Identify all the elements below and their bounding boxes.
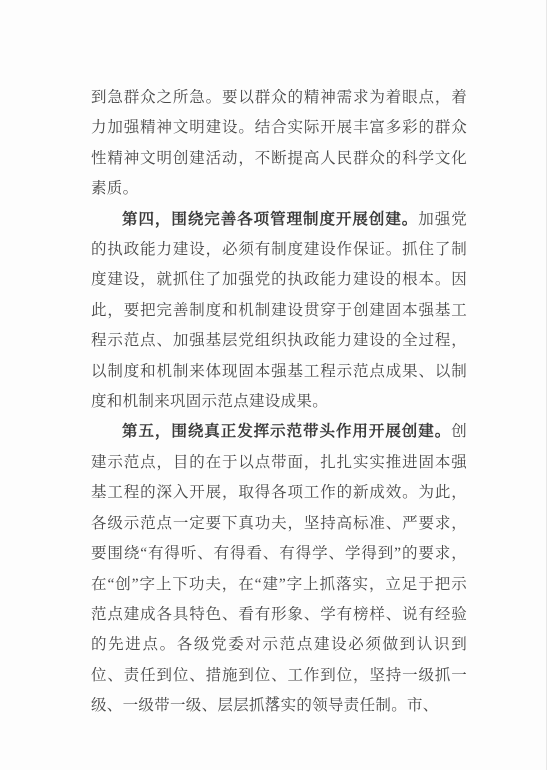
paragraph-text: 创建示范点，目的在于以点带面，扎扎实实推进固本强基工程的深入开展，取得各项工作的… <box>91 423 467 714</box>
page-number: · 12 · <box>0 694 546 706</box>
paragraph: 第五，围绕真正发挥示范带头作用开展创建。创建示范点，目的在于以点带面，扎扎实实推… <box>91 417 467 721</box>
paragraph-text: 加强党的执政能力建设，必须有制度建设作保证。抓住了制度建设，就抓住了加强党的执政… <box>91 211 467 410</box>
paragraph: 第四，围绕完善各项管理制度开展创建。加强党的执政能力建设，必须有制度建设作保证。… <box>91 205 467 418</box>
paragraph-lead: 第五，围绕真正发挥示范带头作用开展创建。 <box>122 423 451 440</box>
document-text-block: 到急群众之所急。要以群众的精神需求为着眼点，着力加强精神文明建设。结合实际开展丰… <box>91 83 467 722</box>
paragraph: 到急群众之所急。要以群众的精神需求为着眼点，着力加强精神文明建设。结合实际开展丰… <box>91 83 467 205</box>
paragraph-lead: 第四，围绕完善各项管理制度开展创建。 <box>122 211 418 228</box>
paragraph-text: 到急群众之所急。要以群众的精神需求为着眼点，着力加强精神文明建设。结合实际开展丰… <box>91 89 467 197</box>
document-page: 到急群众之所急。要以群众的精神需求为着眼点，着力加强精神文明建设。结合实际开展丰… <box>0 0 547 770</box>
